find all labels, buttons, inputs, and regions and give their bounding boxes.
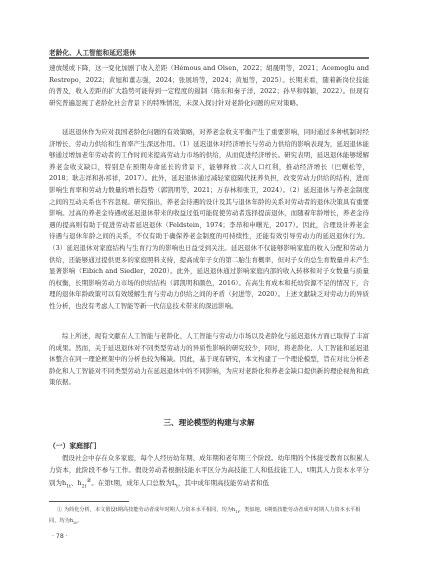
subsection-title: （一）家庭部门 <box>49 440 97 450</box>
subscript: 2t <box>82 485 87 490</box>
footnote: ① 为简化分析，本文假设t期高技能劳动者成年时期人力资本水平相同，均为h1t，类… <box>49 506 369 528</box>
paragraph-continued: 速放缓或下降，这一变化加剧了收入差距（Hémous and Olsen，2022… <box>49 63 369 109</box>
section-title: 三、理论模型的构建与求解 <box>49 417 369 428</box>
paragraph-delayed-retirement: 延迟退休作为应对我国老龄化问题的有效策略，对养老金收支平衡产生了重要影响，同时通… <box>49 127 369 313</box>
paragraph-text: 假设社会中存在众多家庭，每个人经历幼年期、成年期和老年期三个阶段。幼年期的个体接… <box>49 453 369 493</box>
paragraph-text: 综上所述，现有文献在人工智能与老龄化、人工智能与劳动力市场以及老龄化与延迟退休方… <box>49 331 369 389</box>
text-segment: 。在第t期，成年人口总数为L <box>91 479 176 487</box>
paragraph-household: 假设社会中存在众多家庭，每个人经历幼年期、成年期和老年期三个阶段。幼年期的个体接… <box>49 453 369 493</box>
text-segment: ，其中成年期高技能劳动者和低 <box>178 479 269 487</box>
footnote-text: 。 <box>77 518 82 524</box>
paragraph-text: 延迟退休作为应对我国老龄化问题的有效策略，对养老金收支平衡产生了重要影响，同时通… <box>49 127 369 313</box>
paragraph-text: 速放缓或下降，这一变化加剧了收入差距（Hémous and Olsen，2022… <box>49 63 369 109</box>
subscript: 1t <box>66 485 71 490</box>
page-number: · 78 · <box>52 533 68 540</box>
running-head: 老龄化、人工智能和延迟退休 <box>49 47 136 57</box>
footnote-text: ① 为简化分析，本文假设t期高技能劳动者成年时期人力资本水平相同，均为h <box>57 507 235 513</box>
footnote-rule <box>49 501 129 502</box>
paragraph-summary: 综上所述，现有文献在人工智能与老龄化、人工智能与劳动力市场以及老龄化与延迟退休方… <box>49 331 369 389</box>
header-rule <box>49 57 369 59</box>
